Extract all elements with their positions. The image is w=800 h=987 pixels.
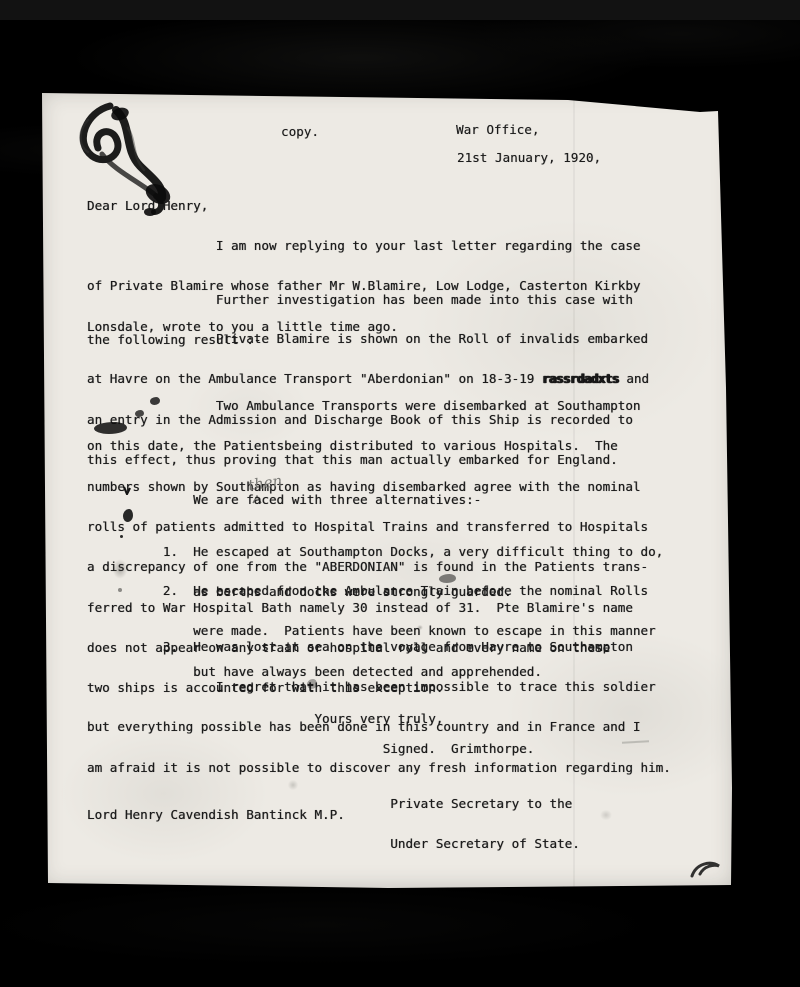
ink-speck bbox=[416, 624, 424, 631]
letter-line: I regret that it has been impossible to … bbox=[87, 680, 671, 693]
letter-line: on this date, the Patientsbeing distribu… bbox=[87, 439, 648, 452]
copy-label: copy. bbox=[281, 124, 319, 139]
signed-line: Signed. Grimthorpe. bbox=[87, 742, 534, 755]
letter-line: Under Secretary of State. bbox=[87, 837, 580, 850]
pencil-smudge bbox=[286, 778, 300, 792]
scan-edge-strip bbox=[0, 0, 800, 20]
ink-smudge-left-margin bbox=[110, 556, 130, 582]
pencil-smudge bbox=[598, 808, 614, 822]
letter-line: 2. He escaped fron the Ambulance Train b… bbox=[87, 584, 656, 597]
letterhead-office: War Office, bbox=[456, 122, 539, 137]
ink-speck bbox=[118, 588, 122, 592]
salutation: Dear Lord Henry, bbox=[87, 199, 208, 212]
letter-line: 3. He was lost at sea on the voyage from… bbox=[87, 640, 633, 653]
letter-date: 21st January, 1920, bbox=[457, 150, 601, 165]
ink-tick-mark-icon bbox=[123, 486, 131, 495]
letter-page: copy. War Office, 21st January, 1920, De… bbox=[38, 88, 736, 890]
corner-hook-mark-icon bbox=[690, 858, 722, 882]
letter-line: I am now replying to your last letter re… bbox=[87, 239, 641, 252]
closing-line: Yours very truly, bbox=[87, 712, 443, 725]
letter-line: Two Ambulance Transports were disembarke… bbox=[87, 399, 648, 412]
ink-speck bbox=[120, 535, 123, 538]
letter-line: Private Blamire is shown on the Roll of … bbox=[87, 332, 649, 345]
addressee-line: Lord Henry Cavendish Bantinck M.P. bbox=[87, 808, 345, 821]
alternatives-intro: We are faced with three alternatives:- bbox=[87, 493, 481, 506]
signer-title: Private Secretary to the Under Secretary… bbox=[87, 770, 580, 878]
scanned-letter-background: copy. War Office, 21st January, 1920, De… bbox=[0, 0, 800, 987]
